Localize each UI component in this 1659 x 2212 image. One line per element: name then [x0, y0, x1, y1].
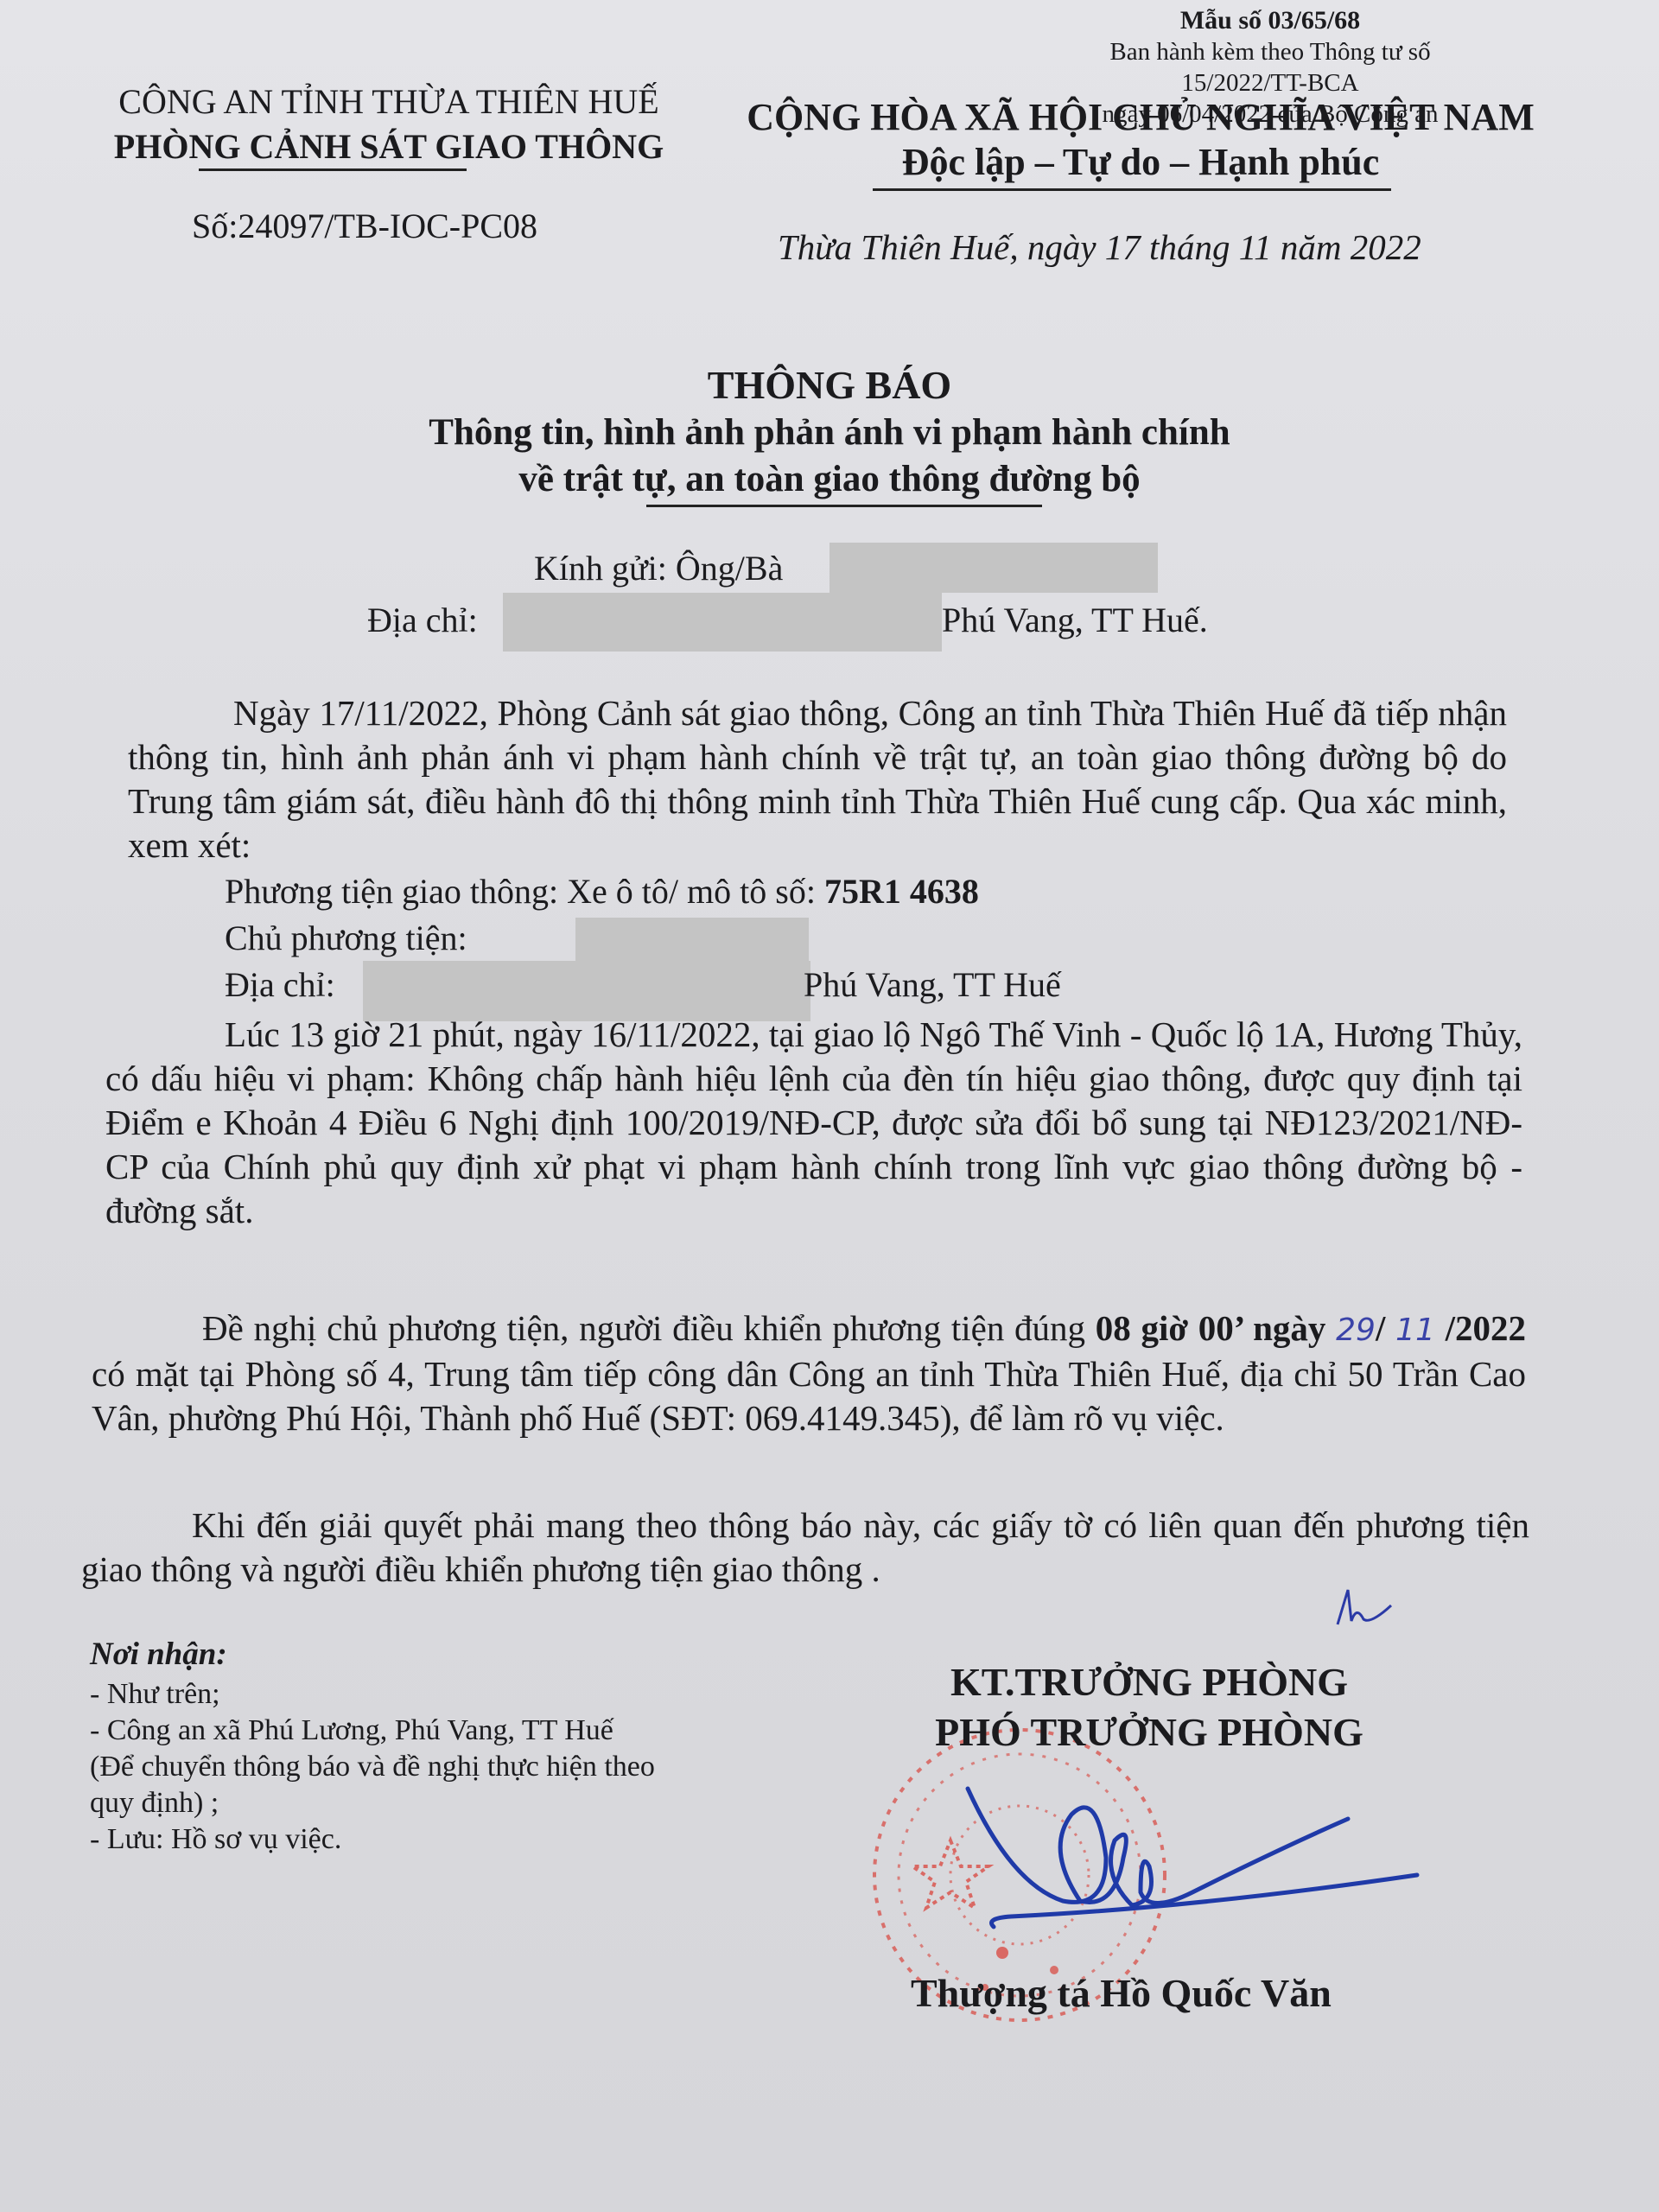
- document-subtitle-line1: Thông tin, hình ảnh phản ánh vi phạm hàn…: [259, 410, 1400, 456]
- salutation: Kính gửi: Ông/Bà: [534, 548, 783, 588]
- summons-year: /2022: [1435, 1308, 1526, 1348]
- document-title: THÔNG BÁO: [259, 361, 1400, 410]
- agency-name: PHÒNG CẢNH SÁT GIAO THÔNG: [69, 124, 709, 169]
- owner-address-label: Địa chỉ:: [225, 964, 335, 1005]
- paragraph-documents-required: Khi đến giải quyết phải mang theo thông …: [81, 1503, 1529, 1592]
- summons-text-a: Đề nghị chủ phương tiện, người điều khiể…: [202, 1308, 1096, 1348]
- form-code: Mẫu số 03/65/68: [1046, 5, 1495, 36]
- summons-text-b: có mặt tại Phòng số 4, Trung tâm tiếp cô…: [92, 1354, 1526, 1438]
- handwritten-initial-icon: [1322, 1571, 1400, 1640]
- recipient-address-label: Địa chỉ:: [367, 600, 478, 640]
- signature-title-block: KT.TRƯỞNG PHÒNG PHÓ TRƯỞNG PHÒNG: [890, 1657, 1408, 1758]
- distribution-item: - Công an xã Phú Lương, Phú Vang, TT Huế: [90, 1713, 764, 1749]
- form-issued-line1: Ban hành kèm theo Thông tư số 15/2022/TT…: [1046, 36, 1495, 99]
- distribution-item: - Như trên;: [90, 1676, 764, 1713]
- distribution-item: (Để chuyển thông báo và đề nghị thực hiệ…: [90, 1749, 764, 1785]
- signature-title-line2: PHÓ TRƯỞNG PHÒNG: [890, 1707, 1408, 1758]
- handwritten-signature-icon: [933, 1754, 1434, 1944]
- title-divider: [646, 505, 1042, 507]
- vehicle-label: Phương tiện giao thông: Xe ô tô/ mô tô s…: [225, 872, 824, 911]
- paragraph-violation: Lúc 13 giờ 21 phút, ngày 16/11/2022, tại…: [105, 1013, 1522, 1233]
- distribution-item: - Lưu: Hồ sơ vụ việc.: [90, 1821, 764, 1858]
- license-plate: 75R1 4638: [824, 872, 979, 911]
- paragraph-intro: Ngày 17/11/2022, Phòng Cảnh sát giao thô…: [128, 691, 1507, 868]
- signer-name: Thượng tá Hồ Quốc Văn: [911, 1970, 1332, 2016]
- national-title-block: CỘNG HÒA XÃ HỘI CHỦ NGHĨA VIỆT NAM Độc l…: [726, 95, 1555, 185]
- agency-divider: [199, 168, 467, 171]
- document-number: Số:24097/TB-IOC-PC08: [192, 206, 537, 246]
- summons-date-sep: /: [1376, 1308, 1395, 1348]
- distribution-list: Nơi nhận: - Như trên; - Công an xã Phú L…: [90, 1637, 764, 1858]
- date-place: Thừa Thiên Huế, ngày 17 tháng 11 năm 202…: [778, 226, 1421, 268]
- recipient-address-tail: Phú Vang, TT Huế.: [942, 600, 1208, 640]
- national-motto: Độc lập – Tự do – Hạnh phúc: [726, 140, 1555, 185]
- redacted-recipient-name: [829, 543, 1158, 593]
- agency-parent: CÔNG AN TỈNH THỪA THIÊN HUẾ: [69, 79, 709, 124]
- vehicle-line: Phương tiện giao thông: Xe ô tô/ mô tô s…: [225, 871, 979, 912]
- paragraph-summons: Đề nghị chủ phương tiện, người điều khiể…: [92, 1306, 1526, 1440]
- republic-name: CỘNG HÒA XÃ HỘI CHỦ NGHĨA VIỆT NAM: [726, 95, 1555, 140]
- signature-title-line1: KT.TRƯỞNG PHÒNG: [890, 1657, 1408, 1707]
- document-subtitle-line2: về trật tự, an toàn giao thông đường bộ: [259, 456, 1400, 503]
- distribution-item: quy định) ;: [90, 1785, 764, 1821]
- summons-time: 08 giờ 00’ ngày: [1096, 1308, 1336, 1348]
- agency-block: CÔNG AN TỈNH THỪA THIÊN HUẾ PHÒNG CẢNH S…: [69, 79, 709, 169]
- handwritten-month: 11: [1395, 1313, 1435, 1348]
- motto-divider: [873, 188, 1391, 191]
- document-title-block: THÔNG BÁO Thông tin, hình ảnh phản ánh v…: [259, 361, 1400, 503]
- owner-address-tail: Phú Vang, TT Huế: [804, 964, 1061, 1005]
- handwritten-day: 29: [1336, 1313, 1376, 1348]
- distribution-heading: Nơi nhận:: [90, 1637, 764, 1673]
- redacted-recipient-address: [503, 593, 942, 652]
- owner-label: Chủ phương tiện:: [225, 918, 467, 958]
